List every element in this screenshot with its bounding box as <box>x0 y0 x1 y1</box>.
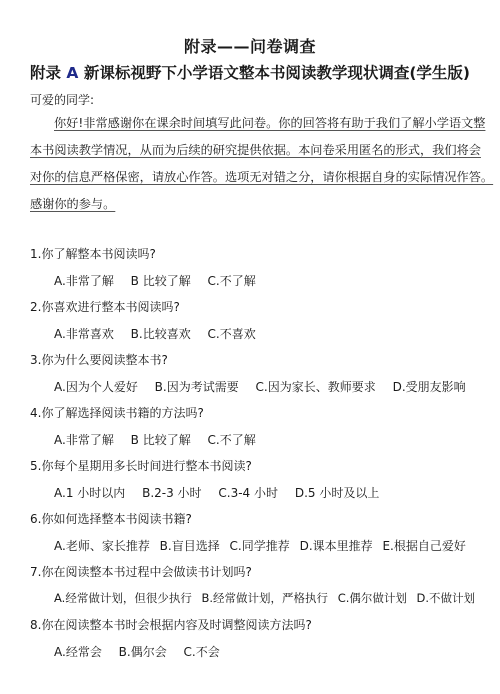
question-text: 5.你每个星期用多长时间进行整本书阅读? <box>30 457 252 474</box>
option-a[interactable]: A.经常做计划，但很少执行 <box>54 590 192 606</box>
option-d[interactable]: D.5 小时及以上 <box>295 484 380 501</box>
question-text: 8.你在阅读整本书时会根据内容及时调整阅读方法吗? <box>30 616 312 633</box>
option-d[interactable]: D.课本里推荐 <box>300 537 373 554</box>
option-c[interactable]: C.不喜欢 <box>208 325 256 342</box>
option-d[interactable]: D.不做计划 <box>417 590 476 606</box>
question-options: A.经常会 B.偶尔会 C.不会 <box>54 643 233 660</box>
intro-paragraph: 你好!非常感谢你在课余时间填写此问卷。你的回答将有助于我们了解小学语文整 本书阅… <box>30 110 476 218</box>
subtitle-appendix-letter: A <box>66 64 78 82</box>
question-text: 2.你喜欢进行整本书阅读吗? <box>30 298 180 315</box>
intro-line-text: 本书阅读教学情况，从而为后续的研究提供依据。本问卷采用匿名的形式，我们将会 <box>30 143 481 157</box>
option-b[interactable]: B.比较喜欢 <box>131 325 191 342</box>
question-7: 7.你在阅读整本书过程中会做读书计划吗? A.经常做计划，但很少执行 B.经常做… <box>30 563 490 616</box>
option-b[interactable]: B.2-3 小时 <box>142 484 201 501</box>
option-b[interactable]: B.经常做计划，严格执行 <box>201 590 328 606</box>
intro-line-text: 你好!非常感谢你在课余时间填写此问卷。你的回答将有助于我们了解小学语文整 <box>54 116 485 130</box>
option-b[interactable]: B 比较了解 <box>131 272 191 289</box>
option-d[interactable]: D.受朋友影响 <box>393 378 466 395</box>
option-c[interactable]: C.偶尔做计划 <box>338 590 407 606</box>
option-c[interactable]: C.因为家长、教师要求 <box>256 378 376 395</box>
intro-line: 感谢你的参与。 <box>30 191 476 218</box>
option-c[interactable]: C.不了解 <box>208 272 256 289</box>
question-options: A.经常做计划，但很少执行 B.经常做计划，严格执行 C.偶尔做计划 D.不做计… <box>54 590 481 606</box>
option-c[interactable]: C.不会 <box>184 643 220 660</box>
greeting: 可爱的同学: <box>30 91 94 108</box>
question-options: A.非常了解 B 比较了解 C.不了解 <box>54 272 269 289</box>
option-b[interactable]: B.盲目选择 <box>160 537 220 554</box>
subtitle-text: 新课标视野下小学语文整本书阅读教学现状调查(学生版) <box>84 64 470 82</box>
question-options: A.因为个人爱好 B.因为考试需要 C.因为家长、教师要求 D.受朋友影响 <box>54 378 479 395</box>
question-1: 1.你了解整本书阅读吗? A.非常了解 B 比较了解 C.不了解 <box>30 245 490 298</box>
questionnaire-page: 附录——问卷调查 附录 A 新课标视野下小学语文整本书阅读教学现状调查(学生版)… <box>0 0 500 694</box>
option-a[interactable]: A.非常了解 <box>54 431 114 448</box>
document-subtitle: 附录 A 新课标视野下小学语文整本书阅读教学现状调查(学生版) <box>0 61 500 83</box>
option-c[interactable]: C.3-4 小时 <box>218 484 278 501</box>
question-text: 1.你了解整本书阅读吗? <box>30 245 156 262</box>
option-c[interactable]: C.同学推荐 <box>230 537 290 554</box>
intro-line: 本书阅读教学情况，从而为后续的研究提供依据。本问卷采用匿名的形式，我们将会 <box>30 137 476 164</box>
question-text: 4.你了解选择阅读书籍的方法吗? <box>30 404 204 421</box>
intro-line-text: 对你的信息严格保密，请放心作答。选项无对错之分，请你根据自身的实际情况作答。 <box>30 170 493 184</box>
question-text: 7.你在阅读整本书过程中会做读书计划吗? <box>30 563 252 580</box>
option-b[interactable]: B.偶尔会 <box>119 643 167 660</box>
question-list: 1.你了解整本书阅读吗? A.非常了解 B 比较了解 C.不了解 2.你喜欢进行… <box>30 245 490 669</box>
intro-line: 你好!非常感谢你在课余时间填写此问卷。你的回答将有助于我们了解小学语文整 <box>30 110 476 137</box>
question-options: A.老师、家长推荐 B.盲目选择 C.同学推荐 D.课本里推荐 E.根据自己爱好 <box>54 537 472 554</box>
option-a[interactable]: A.因为个人爱好 <box>54 378 138 395</box>
subtitle-prefix: 附录 <box>30 64 61 82</box>
question-2: 2.你喜欢进行整本书阅读吗? A.非常喜欢 B.比较喜欢 C.不喜欢 <box>30 298 490 351</box>
option-a[interactable]: A.非常了解 <box>54 272 114 289</box>
question-text: 3.你为什么要阅读整本书? <box>30 351 168 368</box>
question-options: A.非常喜欢 B.比较喜欢 C.不喜欢 <box>54 325 269 342</box>
option-b[interactable]: B 比较了解 <box>131 431 191 448</box>
question-8: 8.你在阅读整本书时会根据内容及时调整阅读方法吗? A.经常会 B.偶尔会 C.… <box>30 616 490 669</box>
question-5: 5.你每个星期用多长时间进行整本书阅读? A.1 小时以内 B.2-3 小时 C… <box>30 457 490 510</box>
question-options: A.1 小时以内 B.2-3 小时 C.3-4 小时 D.5 小时及以上 <box>54 484 392 501</box>
option-c[interactable]: C.不了解 <box>208 431 256 448</box>
question-3: 3.你为什么要阅读整本书? A.因为个人爱好 B.因为考试需要 C.因为家长、教… <box>30 351 490 404</box>
option-a[interactable]: A.非常喜欢 <box>54 325 114 342</box>
document-title: 附录——问卷调查 <box>0 34 500 57</box>
option-b[interactable]: B.因为考试需要 <box>155 378 239 395</box>
option-a[interactable]: A.老师、家长推荐 <box>54 537 150 554</box>
option-a[interactable]: A.经常会 <box>54 643 102 660</box>
question-options: A.非常了解 B 比较了解 C.不了解 <box>54 431 269 448</box>
intro-line-text: 感谢你的参与。 <box>30 197 115 211</box>
intro-line: 对你的信息严格保密，请放心作答。选项无对错之分，请你根据自身的实际情况作答。 <box>30 164 476 191</box>
question-6: 6.你如何选择整本书阅读书籍? A.老师、家长推荐 B.盲目选择 C.同学推荐 … <box>30 510 490 563</box>
question-4: 4.你了解选择阅读书籍的方法吗? A.非常了解 B 比较了解 C.不了解 <box>30 404 490 457</box>
option-e[interactable]: E.根据自己爱好 <box>382 537 465 554</box>
option-a[interactable]: A.1 小时以内 <box>54 484 125 501</box>
question-text: 6.你如何选择整本书阅读书籍? <box>30 510 192 527</box>
